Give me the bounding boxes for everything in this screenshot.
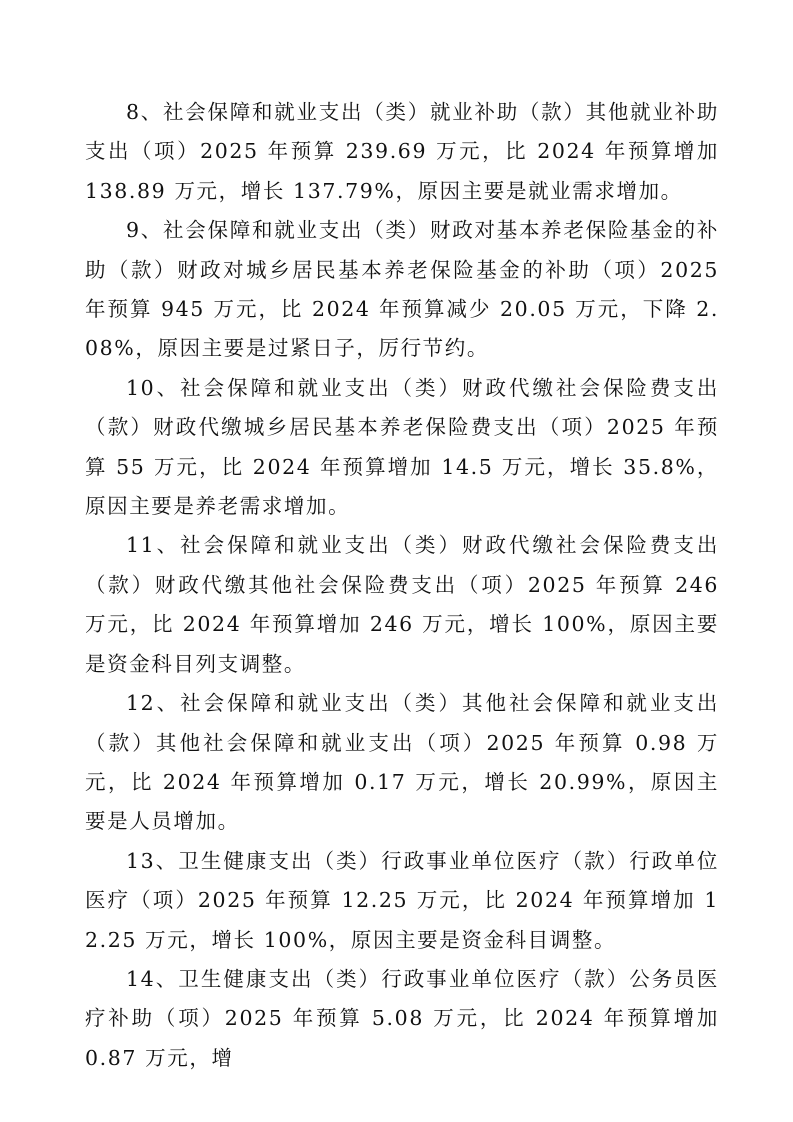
document-page: 8、社会保障和就业支出（类）就业补助（款）其他就业补助支出（项）2025 年预算… [85,93,719,1078]
paragraph-text: 12、社会保障和就业支出（类）其他社会保障和就业支出（款）其他社会保障和就业支出… [85,691,719,833]
paragraph-text: 10、社会保障和就业支出（类）财政代缴社会保险费支出（款）财政代缴城乡居民基本养… [85,376,719,518]
paragraph-item-8: 8、社会保障和就业支出（类）就业补助（款）其他就业补助支出（项）2025 年预算… [85,93,719,211]
paragraph-text: 8、社会保障和就业支出（类）就业补助（款）其他就业补助支出（项）2025 年预算… [85,100,719,203]
paragraph-text: 11、社会保障和就业支出（类）财政代缴社会保险费支出（款）财政代缴其他社会保险费… [85,533,719,675]
paragraph-item-10: 10、社会保障和就业支出（类）财政代缴社会保险费支出（款）财政代缴城乡居民基本养… [85,369,719,527]
paragraph-item-14: 14、卫生健康支出（类）行政事业单位医疗（款）公务员医疗补助（项）2025 年预… [85,960,719,1078]
paragraph-item-9: 9、社会保障和就业支出（类）财政对基本养老保险基金的补助（款）财政对城乡居民基本… [85,211,719,369]
paragraph-text: 14、卫生健康支出（类）行政事业单位医疗（款）公务员医疗补助（项）2025 年预… [85,967,719,1070]
paragraph-item-12: 12、社会保障和就业支出（类）其他社会保障和就业支出（款）其他社会保障和就业支出… [85,684,719,842]
paragraph-text: 9、社会保障和就业支出（类）财政对基本养老保险基金的补助（款）财政对城乡居民基本… [85,218,719,360]
paragraph-item-11: 11、社会保障和就业支出（类）财政代缴社会保险费支出（款）财政代缴其他社会保险费… [85,526,719,684]
paragraph-text: 13、卫生健康支出（类）行政事业单位医疗（款）行政单位医疗（项）2025 年预算… [85,849,719,952]
paragraph-item-13: 13、卫生健康支出（类）行政事业单位医疗（款）行政单位医疗（项）2025 年预算… [85,842,719,960]
